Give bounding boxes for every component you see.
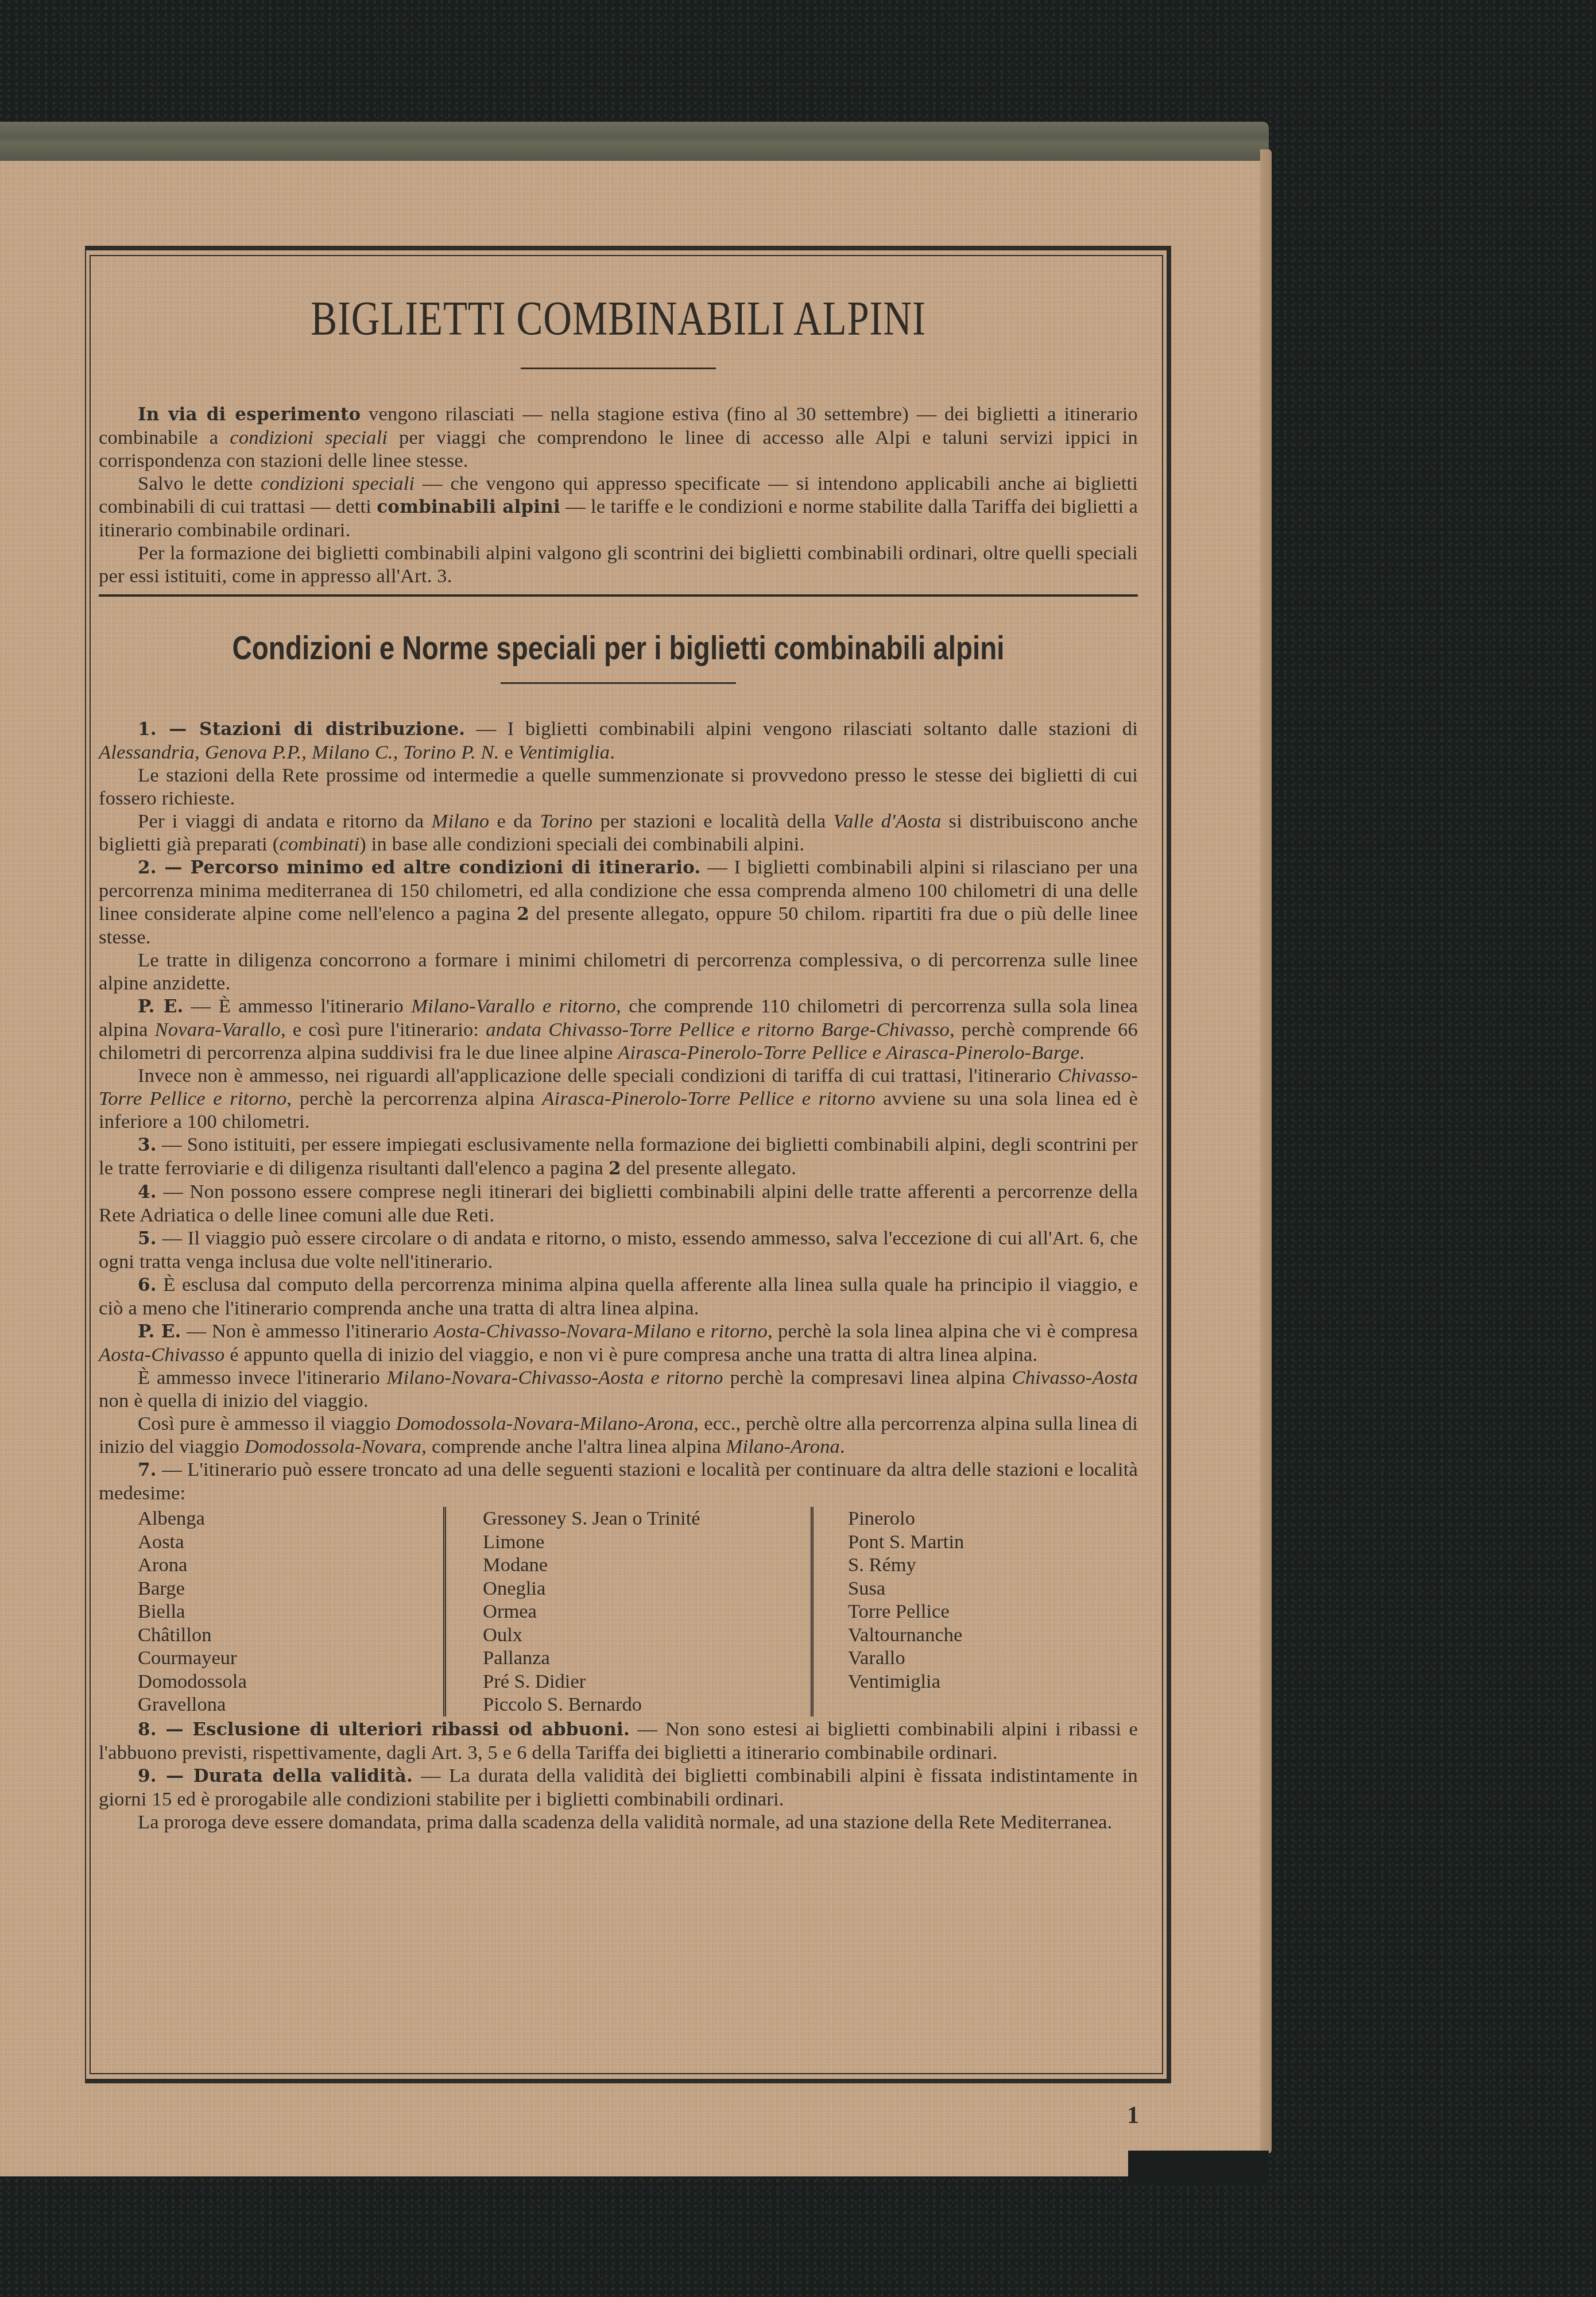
intro-paragraph: Per la formazione dei biglietti combinab… — [99, 542, 1138, 587]
station-name: Limone — [483, 1530, 811, 1554]
station-name: Varallo — [848, 1646, 1138, 1670]
article-paragraph: 9. — Durata della validità. — La durata … — [99, 1764, 1138, 1811]
stations-column: PineroloPont S. MartinS. RémySusaTorre P… — [811, 1507, 1138, 1716]
station-name: Pinerolo — [848, 1507, 1138, 1530]
articles-list: 8. — Esclusione di ulteriori ribassi od … — [99, 1718, 1138, 1834]
articles-section: 1. — Stazioni di distribuzione. — I bigl… — [99, 717, 1138, 1834]
page-stack-edge — [0, 122, 1269, 161]
article-heading: 8. — Esclusione di ulteriori ribassi od … — [138, 1719, 630, 1740]
section-title: Condizioni e Norme speciali per i biglie… — [192, 629, 1044, 667]
station-name: Oneglia — [483, 1577, 811, 1600]
station-name: Pont S. Martin — [848, 1530, 1138, 1554]
station-name: Pallanza — [483, 1646, 811, 1670]
page-stack-side — [1260, 149, 1272, 2153]
article-paragraph: P. E. — Non è ammesso l'itinerario Aosta… — [99, 1320, 1138, 1366]
intro-paragraph: Salvo le dette condizioni speciali — che… — [99, 472, 1138, 542]
station-name: S. Rémy — [848, 1553, 1138, 1577]
station-name: Modane — [483, 1553, 811, 1577]
station-name: Torre Pellice — [848, 1600, 1138, 1623]
article-paragraph: Le tratte in diligenza concorrono a form… — [99, 949, 1138, 995]
page-content: BIGLIETTI COMBINABILI ALPINI In via di e… — [99, 270, 1138, 1834]
article-heading: 6. — [138, 1275, 157, 1296]
station-name: Barge — [138, 1577, 443, 1600]
station-name: Valtournanche — [848, 1623, 1138, 1647]
article-paragraph: 2. — Percorso minimo ed altre condizioni… — [99, 856, 1138, 949]
article-paragraph: 1. — Stazioni di distribuzione. — I bigl… — [99, 717, 1138, 764]
station-name: Ventimiglia — [848, 1670, 1138, 1693]
section-divider — [99, 594, 1138, 597]
stations-column: Gressoney S. Jean o TrinitéLimoneModaneO… — [443, 1507, 811, 1716]
article-paragraph: La proroga deve essere domandata, prima … — [99, 1811, 1138, 1834]
station-name: Ormea — [483, 1600, 811, 1623]
station-name: Oulx — [483, 1623, 811, 1647]
article-heading: 5. — [138, 1228, 157, 1249]
article-paragraph: Invece non è ammesso, nei riguardi all'a… — [99, 1064, 1138, 1133]
intro-paragraph: In via di esperimento vengono rilasciati… — [99, 403, 1138, 472]
article-heading: P. E. — [138, 996, 184, 1017]
station-name: Courmayeur — [138, 1646, 443, 1670]
article-heading: In via di esperimento — [138, 404, 361, 425]
article-heading: 1. — Stazioni di distribuzione. — [138, 719, 465, 740]
article-heading: 9. — Durata della validità. — [138, 1766, 413, 1786]
article-paragraph: 6. È esclusa dal computo della percorren… — [99, 1273, 1138, 1320]
station-name: Gressoney S. Jean o Trinité — [483, 1507, 811, 1530]
station-name: Pré S. Didier — [483, 1670, 811, 1693]
article-heading: 7. — [138, 1460, 157, 1480]
title-divider — [521, 368, 716, 369]
article-paragraph: 4. — Non possono essere comprese negli i… — [99, 1180, 1138, 1227]
article-heading: 3. — [138, 1135, 157, 1155]
article-paragraph: Le stazioni della Rete prossime od inter… — [99, 764, 1138, 810]
station-name: Susa — [848, 1577, 1138, 1600]
page-corner-notch — [1128, 2151, 1269, 2185]
article-heading: 2. — Percorso minimo ed altre condizioni… — [138, 857, 701, 878]
station-name: Aosta — [138, 1530, 443, 1554]
station-name: Biella — [138, 1600, 443, 1623]
station-name: Domodossola — [138, 1670, 443, 1693]
article-paragraph: 5. — Il viaggio può essere circolare o d… — [99, 1227, 1138, 1273]
station-name: Gravellona — [138, 1693, 443, 1716]
stations-column: AlbengaAostaAronaBargeBiellaChâtillonCou… — [99, 1507, 443, 1716]
stations-table: AlbengaAostaAronaBargeBiellaChâtillonCou… — [99, 1507, 1138, 1716]
article-paragraph: P. E. — È ammesso l'itinerario Milano-Va… — [99, 995, 1138, 1064]
station-name: Piccolo S. Bernardo — [483, 1693, 811, 1716]
station-name: Albenga — [138, 1507, 443, 1530]
page-number: 1 — [1127, 2102, 1139, 2129]
article-paragraph: 8. — Esclusione di ulteriori ribassi od … — [99, 1718, 1138, 1764]
intro-section: In via di esperimento vengono rilasciati… — [99, 403, 1138, 587]
articles-list: 1. — Stazioni di distribuzione. — I bigl… — [99, 717, 1138, 1505]
article-heading: P. E. — [138, 1321, 181, 1342]
station-name: Châtillon — [138, 1623, 443, 1647]
article-paragraph: 7. — L'itinerario può essere troncato ad… — [99, 1458, 1138, 1505]
article-paragraph: È ammesso invece l'itinerario Milano-Nov… — [99, 1366, 1138, 1412]
subtitle-divider — [501, 682, 736, 684]
article-paragraph: 3. — Sono istituiti, per essere impiegat… — [99, 1133, 1138, 1180]
page-title: BIGLIETTI COMBINABILI ALPINI — [192, 293, 1044, 346]
article-heading: 4. — [138, 1182, 157, 1202]
article-paragraph: Così pure è ammesso il viaggio Domodosso… — [99, 1412, 1138, 1458]
station-name: Arona — [138, 1553, 443, 1577]
article-paragraph: Per i viaggi di andata e ritorno da Mila… — [99, 810, 1138, 856]
